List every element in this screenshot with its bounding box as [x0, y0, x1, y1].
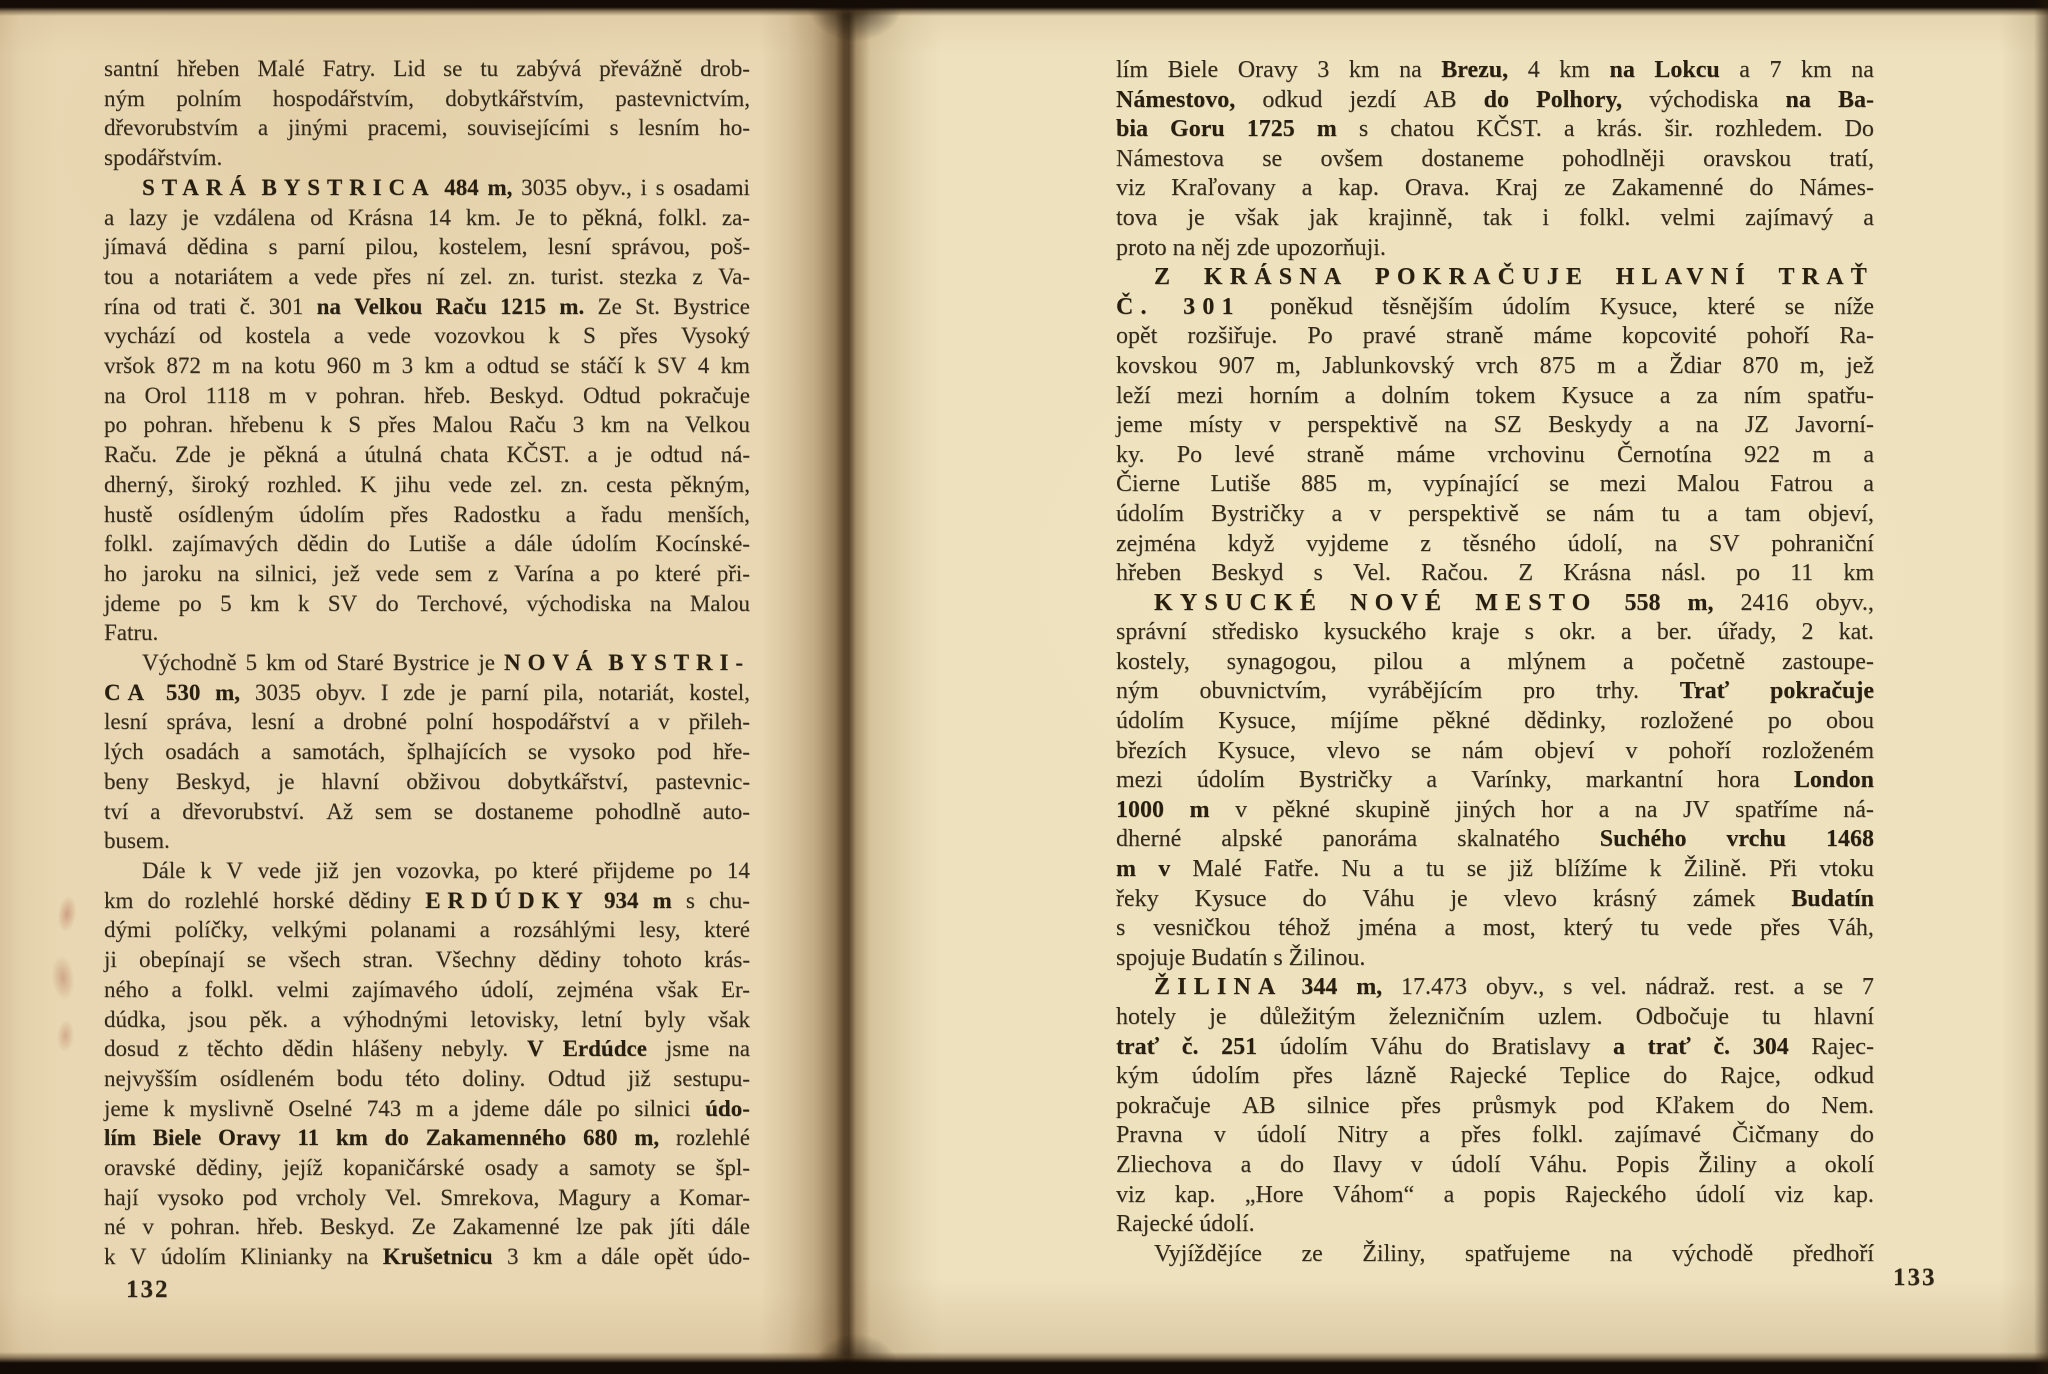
word: ná-: [1843, 796, 1874, 826]
word: Smrekova,: [440, 1183, 539, 1213]
word: a: [1460, 648, 1471, 678]
word: Odbočuje: [1636, 1003, 1729, 1033]
word: 3: [402, 351, 414, 381]
word: 870: [1743, 352, 1779, 382]
paragraph: límBieleOravy3kmnaBrezu,4kmnaLokcua7kmna…: [1116, 56, 1874, 263]
word: Erdúdce: [563, 1034, 647, 1064]
word: Váh,: [1828, 914, 1874, 944]
word: Trať: [1680, 677, 1729, 707]
word: tokem: [1476, 382, 1536, 412]
word: ného: [104, 975, 149, 1005]
word: m.: [559, 292, 584, 322]
word: m,: [634, 1123, 659, 1153]
word: hřeben: [1116, 559, 1181, 589]
word: pěkná,: [582, 203, 643, 233]
word: vychází: [104, 321, 176, 351]
text-line: kmdorozlehléhorskédědinyERDÚDKY934mschu-: [104, 886, 750, 916]
word: Beskyd: [1211, 559, 1283, 589]
word: pila,: [543, 678, 583, 708]
word: tohoto: [623, 945, 682, 975]
word: a: [1419, 1121, 1430, 1151]
word: a: [1863, 470, 1874, 500]
word: drobné: [343, 707, 407, 737]
word: Lutiše: [1211, 470, 1271, 500]
word: Žiliny: [1698, 1151, 1757, 1181]
word: stran.: [363, 945, 413, 975]
word: pod: [1588, 1092, 1624, 1122]
word: i: [641, 173, 647, 203]
word: po: [494, 856, 517, 886]
word: dále: [601, 1242, 639, 1272]
page-number: 132: [126, 1276, 170, 1304]
word: který: [1563, 914, 1612, 944]
word: Ra-: [1839, 322, 1874, 352]
text-line: spojuje Budatín s Žilinou.: [1116, 944, 1874, 974]
word: to: [550, 203, 568, 233]
word: 680: [583, 1123, 618, 1153]
word: se: [1546, 500, 1566, 530]
word: za: [1696, 382, 1717, 412]
word: 2: [1801, 618, 1813, 648]
word: kap.: [1833, 1181, 1874, 1211]
word: obyv.,: [1815, 589, 1873, 619]
word: a: [587, 440, 597, 470]
text-line: ležímezihornímadolnímtokemKysuceazanímsp…: [1116, 382, 1874, 412]
word: v: [305, 381, 317, 411]
word: rozložené: [1640, 707, 1733, 737]
word: kap.: [1175, 1181, 1216, 1211]
word: pokračuje: [659, 381, 750, 411]
word: Javorní-: [1795, 411, 1874, 441]
word: spodářstvím.: [104, 145, 222, 170]
word: Zde: [175, 440, 211, 470]
text-line: Námestovaseovšemdostanemepohodlnějioravs…: [1116, 145, 1874, 175]
word: turist.: [551, 262, 604, 292]
word: Vysoký: [681, 321, 750, 351]
word: Popis: [1616, 1151, 1669, 1181]
text-line: STARÁBYSTRICA484m,3035obyv.,isosadami: [104, 173, 750, 203]
word: 530: [166, 678, 201, 708]
word: na: [1610, 1240, 1633, 1270]
word: jež: [333, 559, 360, 589]
word: od: [199, 321, 222, 351]
word: m: [269, 381, 287, 411]
word: pracemi,: [368, 113, 448, 143]
word: Č.: [1116, 293, 1154, 323]
word: údolím: [299, 500, 364, 530]
word: m: [372, 351, 390, 381]
word: blížíme: [1555, 855, 1627, 885]
word: poněkud: [1270, 293, 1353, 323]
word: Kraj: [1496, 174, 1539, 204]
word: zastoupe-: [1782, 648, 1874, 678]
word: hora: [1717, 766, 1760, 796]
word: údolí: [1451, 1151, 1500, 1181]
word: Bystričky: [1299, 766, 1392, 796]
word: převážně: [599, 54, 682, 84]
word: Zliechova: [1116, 1151, 1212, 1181]
word: vyjdeme: [1306, 530, 1389, 560]
word: km: [250, 589, 279, 619]
word: údo-: [705, 1094, 750, 1124]
word: BYSTRI-: [608, 648, 750, 678]
word: letní: [581, 1005, 622, 1035]
word: St.: [635, 292, 660, 322]
word: obou: [1826, 707, 1874, 737]
word: hlavní: [1814, 1003, 1874, 1033]
word: pohran.: [144, 410, 214, 440]
word: a: [577, 1242, 587, 1272]
text-line: límBieleOravy11kmdoZakamenného680m,rozle…: [104, 1123, 750, 1153]
word: do: [1484, 86, 1509, 116]
word: obuvnictvím,: [1199, 677, 1326, 707]
word: se: [1467, 855, 1487, 885]
word: KČST.: [507, 440, 570, 470]
word: na: [1399, 56, 1422, 86]
word: tratí,: [1829, 145, 1874, 175]
word: NOVÁ: [504, 648, 599, 678]
word: obyv.,: [576, 173, 632, 203]
text-line: oravskédědiny,jejížkopaničárskéosadyasam…: [104, 1153, 750, 1183]
word: březích: [1116, 737, 1187, 767]
word: spatříme: [1735, 796, 1818, 826]
word: lázně: [1366, 1062, 1417, 1092]
word: pohodlně: [595, 797, 681, 827]
word: most,: [1483, 914, 1536, 944]
word: vede: [448, 470, 491, 500]
word: Krásna: [1563, 559, 1631, 589]
word: do: [1302, 885, 1326, 915]
text-line: hojarokunasilnici,ježvedesemzVarínaapokt…: [104, 559, 750, 589]
text-line: hotelyjedůležitýmželezničnímuzlem.Odboču…: [1116, 1003, 1874, 1033]
word: středisko: [1212, 618, 1299, 648]
word: kat.: [1839, 618, 1874, 648]
word: do: [1766, 1092, 1790, 1122]
word: 14: [727, 856, 750, 886]
word: těsnějším: [1382, 293, 1473, 323]
word: Lid: [393, 54, 425, 84]
word: pokračuje: [1116, 1092, 1211, 1122]
word: a: [1444, 914, 1455, 944]
word: Ze: [597, 292, 621, 322]
word: pastevnictvím,: [615, 84, 750, 114]
word: nám: [1462, 737, 1503, 767]
word: 5: [246, 648, 258, 678]
word: chatou: [1390, 115, 1454, 145]
word: na: [647, 410, 669, 440]
word: údolím: [1197, 766, 1265, 796]
word: které: [704, 915, 750, 945]
word: Krušetnicu: [383, 1242, 493, 1272]
word: lazy: [129, 203, 167, 233]
word: Fatře.: [1264, 855, 1319, 885]
word: spatřujeme: [1465, 1240, 1570, 1270]
word: Po: [1177, 441, 1202, 471]
word: SV: [657, 351, 686, 381]
word: jihu: [395, 470, 431, 500]
word: Magury: [558, 1183, 631, 1213]
word: S: [348, 410, 361, 440]
word: tu: [1641, 914, 1660, 944]
word: zel.: [510, 470, 543, 500]
word: se: [1262, 145, 1282, 175]
word: Žiliny,: [1362, 1240, 1425, 1270]
word: rozhled.: [267, 470, 342, 500]
word: lých: [104, 737, 144, 767]
word: KČST.: [1476, 115, 1542, 145]
text-line: svesničkoutéhožjménaamost,kterýtuvedepře…: [1116, 914, 1874, 944]
word: Všechny: [435, 945, 515, 975]
word: objeví: [1534, 737, 1594, 767]
word: chu-: [709, 886, 750, 916]
word: v: [1235, 796, 1247, 826]
word: od: [304, 648, 327, 678]
word: hřebenu: [230, 410, 304, 440]
word: KYSUCKÉ: [1154, 589, 1323, 619]
word: 875: [1540, 352, 1576, 382]
word: folkl.: [1579, 204, 1630, 234]
text-line: dherný,širokýrozhled.Kjihuvedezel.zn.ces…: [104, 470, 750, 500]
word: od: [310, 203, 333, 233]
word: s: [1116, 914, 1125, 944]
word: je: [1450, 885, 1467, 915]
word: tu: [1762, 1003, 1781, 1033]
word: přileh-: [689, 707, 750, 737]
word: pastevnic-: [655, 767, 750, 797]
text-line: ČierneLutiše885m,vypínajícísemeziMalouFa…: [1116, 470, 1874, 500]
word: 2416: [1740, 589, 1788, 619]
word: m,: [215, 678, 240, 708]
word: jaroku: [143, 559, 202, 589]
word: Jablunkovský: [1322, 352, 1454, 382]
word: z: [1420, 530, 1431, 560]
word: do: [385, 1123, 409, 1153]
word: straně: [1446, 322, 1503, 352]
word: je: [182, 203, 199, 233]
word: viz: [1775, 1181, 1804, 1211]
word: straně: [1307, 441, 1364, 471]
word: rozšiřuje.: [1187, 322, 1277, 352]
word: dále: [514, 529, 552, 559]
text-line: límBieleOravy3kmnaBrezu,4kmnaLokcua7kmna: [1116, 56, 1874, 86]
word: a: [485, 529, 495, 559]
word: 743: [367, 1094, 402, 1124]
word: hor: [1541, 796, 1573, 826]
word: proto na něj zde upozorňuji.: [1116, 235, 1386, 261]
word: za-: [722, 203, 750, 233]
word: 872: [166, 351, 201, 381]
text-line: jdemepo5kmkSVdoTerchové,východiskanaMalo…: [104, 589, 750, 619]
text-line: alazyjevzdálenaodKrásna14km.Jetopěkná,fo…: [104, 203, 750, 233]
word: ným: [104, 84, 145, 114]
word: a: [1241, 1151, 1252, 1181]
word: přijdeme: [593, 856, 675, 886]
word: SV: [1709, 530, 1740, 560]
word: Rajecké údolí.: [1116, 1211, 1255, 1237]
word: zabývá: [516, 54, 581, 84]
word: obyv.: [316, 678, 366, 708]
text-line: pokračujeABsilnicepřesprůsmykpodKľakemdo…: [1116, 1092, 1874, 1122]
word: se: [434, 797, 453, 827]
word: Vel.: [385, 1183, 421, 1213]
text-line: nýmpolnímhospodářstvím,dobytkářstvím,pas…: [104, 84, 750, 114]
paragraph: ZKRÁSNAPOKRAČUJEHLAVNÍTRAŤČ.301poněkudtě…: [1116, 263, 1874, 589]
word: S: [583, 321, 596, 351]
word: s: [610, 113, 619, 143]
word: šir.: [1665, 115, 1694, 145]
word: a: [629, 707, 639, 737]
word: dědinky,: [1524, 707, 1606, 737]
paragraph: VyjíždějícezeŽiliny,spatřujemenavýchoděp…: [1116, 1240, 1874, 1270]
word: jdeme: [104, 589, 160, 619]
text-line: lýchosadáchasamotách,šplhajícíchsevysoko…: [104, 737, 750, 767]
word: a: [1863, 204, 1874, 234]
word: Z: [1518, 559, 1533, 589]
word: tu: [480, 54, 498, 84]
word: vlevo: [1327, 737, 1380, 767]
word: Při: [1769, 855, 1797, 885]
word: jsou: [188, 1005, 226, 1035]
word: m: [1317, 115, 1337, 145]
word: m: [1190, 796, 1210, 826]
word: a: [150, 797, 160, 827]
word: z: [488, 559, 498, 589]
word: leží: [1116, 382, 1151, 412]
word: jezdí: [1349, 86, 1396, 116]
word: do: [1445, 1033, 1469, 1063]
word: obživou: [406, 767, 480, 797]
word: Bratislavy: [1492, 1033, 1591, 1063]
word: Ždiar: [1669, 352, 1721, 382]
word: údo-: [708, 1242, 750, 1272]
word: mezi: [1116, 766, 1163, 796]
text-line: folkl.zajímavýchdědindoLutišeadáleúdolím…: [104, 529, 750, 559]
word: je: [616, 440, 633, 470]
word: zajímavé: [1614, 1121, 1701, 1151]
word: 5: [220, 589, 232, 619]
word: a: [149, 262, 159, 292]
word: Budatín: [1791, 885, 1874, 915]
word: a: [1637, 352, 1648, 382]
word: již: [316, 856, 339, 886]
word: východiska: [1649, 86, 1758, 116]
word: Vel.: [1353, 559, 1391, 589]
word: mezi: [1177, 382, 1224, 412]
word: a: [1393, 855, 1404, 885]
word: obepínají: [139, 945, 225, 975]
word: a: [1660, 382, 1671, 412]
word: se: [1549, 470, 1569, 500]
word: násl.: [1661, 559, 1706, 589]
word: notariát,: [598, 678, 674, 708]
word: KRÁSNA: [1204, 263, 1349, 293]
word: V: [226, 856, 243, 886]
word: s: [1563, 973, 1572, 1003]
word: levé: [1234, 441, 1274, 471]
word: 344: [1301, 973, 1337, 1003]
word: obyv.,: [1486, 973, 1544, 1003]
word: údolím: [1192, 1062, 1260, 1092]
word: jež: [1846, 352, 1874, 382]
word: vysoko: [569, 737, 635, 767]
word: osídleným: [178, 500, 274, 530]
word: jinými: [288, 113, 348, 143]
word: na: [1609, 56, 1634, 86]
word: dolním: [1382, 382, 1450, 412]
text-line: březíchKysuce,vlevosenámobjevívpohoříroz…: [1116, 737, 1874, 767]
word: kostelem,: [439, 232, 528, 262]
word: jejíž: [283, 1153, 323, 1183]
word: Oravy: [218, 1123, 281, 1153]
word: zajímavého: [352, 975, 458, 1005]
word: m,: [1276, 352, 1301, 382]
word: hustě: [104, 500, 153, 530]
word: vede: [314, 262, 357, 292]
word: beny: [104, 767, 149, 797]
word: Malé: [257, 54, 304, 84]
word: početně: [1670, 648, 1745, 678]
text-line: busem.: [104, 826, 750, 856]
word: zejména: [557, 975, 634, 1005]
text-line: PravnavúdolíNitryapřesfolkl.zajímavéČičm…: [1116, 1121, 1874, 1151]
word: po: [689, 856, 712, 886]
word: Do: [1845, 115, 1874, 145]
word: tu: [1426, 855, 1445, 885]
word: 922: [1744, 441, 1780, 471]
word: Brezu,: [1441, 56, 1508, 86]
word: Lokcu: [1654, 56, 1719, 86]
word: železničním: [1389, 1003, 1505, 1033]
word: Bystrice: [393, 648, 470, 678]
word: Raču: [509, 410, 556, 440]
word: sem: [435, 559, 472, 589]
text-line: dýmipolíčky,velkýmipolanamiarozsáhlýmile…: [104, 915, 750, 945]
word: máme: [1396, 441, 1455, 471]
word: Černotína: [1617, 441, 1712, 471]
word: dědiny: [348, 886, 411, 916]
word: k: [200, 856, 212, 886]
word: po: [1736, 559, 1760, 589]
word: na: [1851, 56, 1874, 86]
word: dherný,: [104, 470, 174, 500]
word: Nu: [1341, 855, 1370, 885]
paragraph: santníhřebenMaléFatry.Lidsetuzabývápřevá…: [104, 54, 750, 173]
right-page: límBieleOravy3kmnaBrezu,4kmnaLokcua7kmna…: [845, 0, 2048, 1374]
word: Kysuce,: [1600, 293, 1678, 323]
word: SV: [328, 589, 357, 619]
word: přes: [1401, 1092, 1441, 1122]
word: Kysuce: [1195, 885, 1267, 915]
text-line: ZliechovaadoIlavyvúdolíVáhu.PopisŽilinya…: [1116, 1151, 1874, 1181]
word: Staré: [336, 648, 383, 678]
word: uzlem.: [1538, 1003, 1603, 1033]
paragraph: STARÁBYSTRICA484m,3035obyv.,isosadamiala…: [104, 173, 750, 648]
word: nám: [1593, 500, 1634, 530]
word: dědina: [187, 232, 248, 262]
text-line: hajívysokopodvrcholyVel.Smrekova,Magurya…: [104, 1183, 750, 1213]
word: a: [1564, 115, 1575, 145]
word: zejména: [1116, 530, 1196, 560]
word: jíti: [669, 1212, 695, 1242]
word: jen: [353, 856, 381, 886]
word: pěkné: [1433, 707, 1490, 737]
word: vede: [258, 856, 301, 886]
word: dými: [104, 915, 151, 945]
text-line: touanotariátemavedepřesnízel.zn.turist.s…: [104, 262, 750, 292]
word: jména: [1358, 914, 1417, 944]
word: k: [163, 1094, 175, 1124]
word: po: [1768, 707, 1792, 737]
